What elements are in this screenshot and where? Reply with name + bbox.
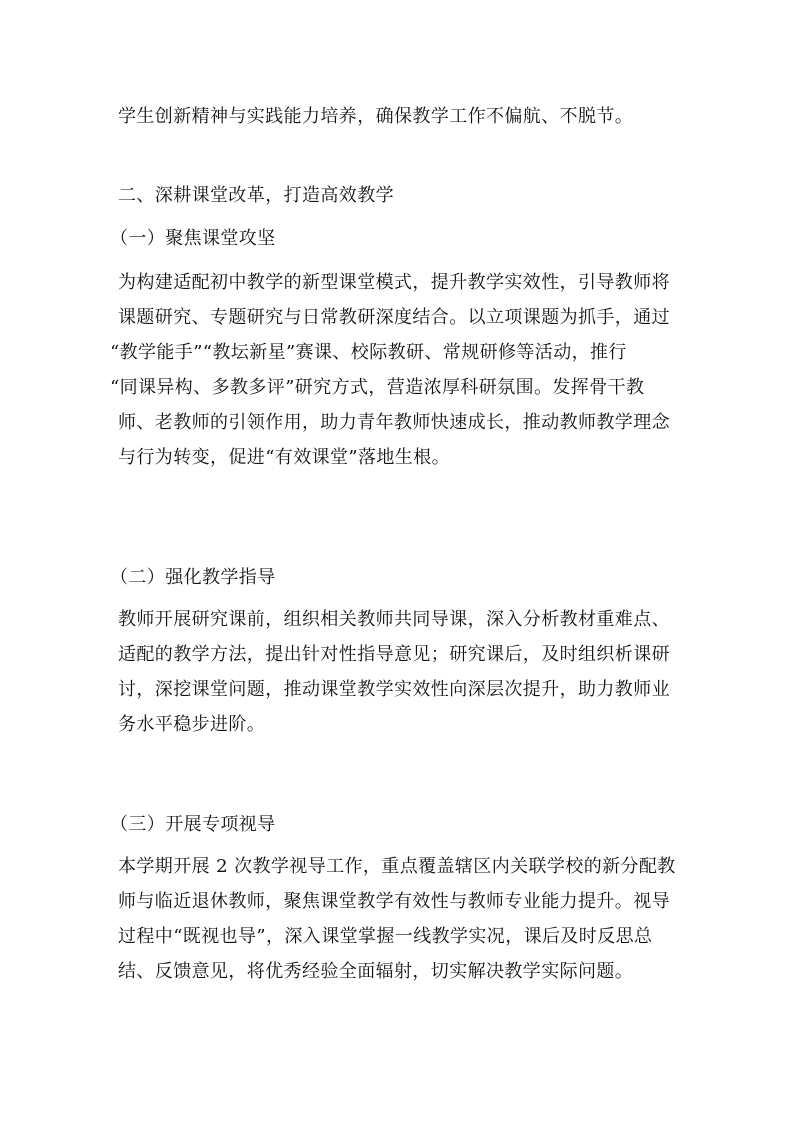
paragraph-line: 与行为转变，促进“有效课堂”落地生根。: [118, 447, 678, 469]
paragraph-line: 课题研究、专题研究与日常教研深度结合。以立项课题为抓手，通过: [118, 307, 678, 329]
paragraph-line: “同课异构、多教多评”研究方式，营造浓厚科研氛围。发挥骨干教: [110, 377, 670, 399]
paragraph-line: 适配的教学方法，提出针对性指导意见；研究课后，及时组织析课研: [118, 644, 678, 666]
document-page: 学生创新精神与实践能力培养，确保教学工作不偏航、不脱节。 二、深耕课堂改革，打造…: [0, 0, 793, 1122]
paragraph-line: 讨，深挖课堂问题，推动课堂教学实效性向深层次提升，助力教师业: [118, 679, 678, 701]
section-heading: 二、深耕课堂改革，打造高效教学: [118, 185, 678, 207]
paragraph-line: 师、老教师的引领作用，助力青年教师快速成长，推动教师教学理念: [118, 412, 678, 434]
paragraph-line: 师与临近退休教师，聚焦课堂教学有效性与教师专业能力提升。视导: [118, 891, 678, 913]
paragraph-line: 学生创新精神与实践能力培养，确保教学工作不偏航、不脱节。: [118, 106, 678, 128]
subsection-heading: （三）开展专项视导: [110, 814, 670, 836]
subsection-heading: （一）聚焦课堂攻坚: [110, 228, 670, 250]
paragraph-line: 为构建适配初中教学的新型课堂模式，提升教学实效性，引导教师将: [118, 272, 678, 294]
paragraph-line: 结、反馈意见，将优秀经验全面辐射，切实解决教学实际问题。: [118, 961, 678, 983]
paragraph-line: “教学能手”“教坛新星”赛课、校际教研、常规研修等活动，推行: [110, 342, 670, 364]
paragraph-line: 本学期开展 2 次教学视导工作，重点覆盖辖区内关联学校的新分配教: [118, 856, 678, 878]
paragraph-line: 务水平稳步进阶。: [118, 714, 678, 736]
paragraph-line: 过程中“既视也导”，深入课堂掌握一线教学实况，课后及时反思总: [118, 926, 678, 948]
paragraph-line: 教师开展研究课前，组织相关教师共同导课，深入分析教材重难点、: [118, 609, 678, 631]
subsection-heading: （二）强化教学指导: [110, 567, 670, 589]
